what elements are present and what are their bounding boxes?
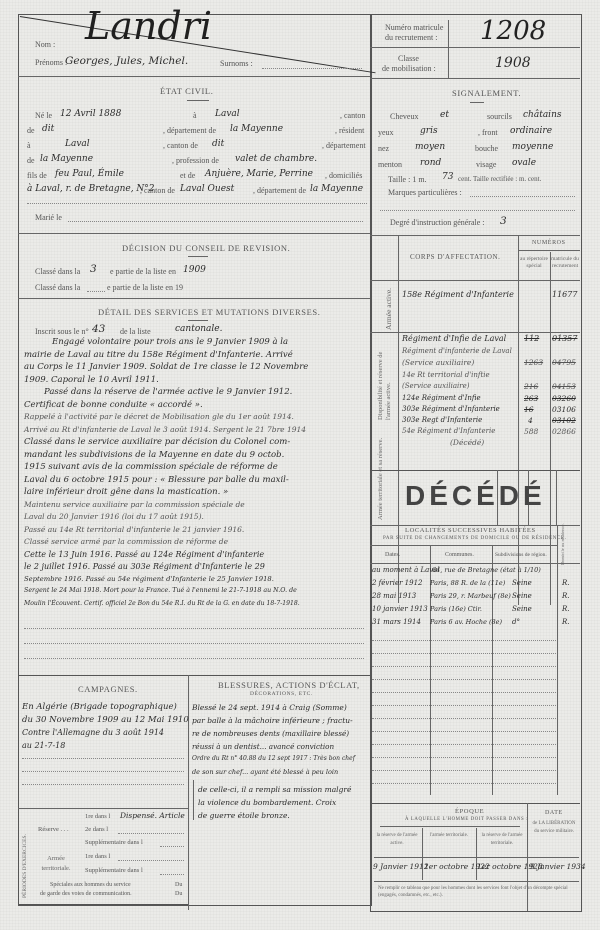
departement-value: la Mayenne	[230, 124, 283, 134]
campagnes-dotted-3	[22, 784, 184, 785]
service-line: Maintenu service auxiliaire par la commi…	[24, 500, 368, 513]
yeux-label: yeux	[378, 128, 394, 137]
localites-empty-10	[372, 757, 556, 758]
services-dotted-1	[24, 628, 364, 629]
blessure-line: réussi à un dentist... avancé conviction	[192, 742, 334, 751]
reserve-supp-dotted	[160, 846, 184, 847]
localite-row: 2 février 1912 Paris, 88 R. de la (11e) …	[372, 579, 578, 592]
localite-subdivision: Seine	[512, 605, 532, 613]
et-de-label: et de	[180, 171, 195, 180]
classe2-text: e partie de la liste en 19	[107, 283, 183, 292]
localite-subdivision: d°	[512, 618, 520, 626]
de-value: dit	[42, 124, 54, 134]
localites-empty-3	[372, 666, 556, 667]
campagnes-blessures-divider	[188, 675, 189, 910]
col-communes-header: Communes.	[445, 552, 474, 558]
signalement-title-rule	[470, 102, 484, 103]
reserve-1re-value: Dispensé. Article	[120, 811, 185, 820]
localite-code: R.	[562, 592, 570, 600]
front-value: ordinaire	[510, 126, 552, 136]
services-dotted-3	[24, 658, 364, 659]
corps-row: 303e Regt d'Infanterie 4 03102	[402, 416, 580, 427]
marques-dotted-2	[380, 210, 575, 211]
blessure-line: de guerre étoile bronze.	[198, 811, 290, 820]
ne-le-label: Né le	[35, 111, 52, 120]
matricule-value: 1208	[480, 16, 546, 46]
numeros-rule	[518, 250, 580, 251]
localite-commune: 64, rue de Bretagne (état à 1/10)	[432, 566, 541, 574]
localite-commune: Paris 6 av. Hoche (8e)	[430, 618, 502, 626]
corps-name: 158e Régiment d'Infanterie	[402, 290, 514, 299]
blessure-line: par balle à la mâchoire inférieure ; fra…	[192, 716, 353, 725]
conseil-bottom	[18, 298, 370, 299]
localite-code: R.	[562, 579, 570, 587]
fils-label: fils de	[27, 171, 47, 180]
localite-date: au moment à Laval	[372, 566, 440, 574]
bouche-value: moyenne	[512, 142, 553, 152]
corps-row: 54e Régiment d'Infanterie 588 02866	[402, 427, 580, 438]
localite-code: R.	[562, 618, 570, 626]
classe1-label: Classé dans la	[35, 267, 80, 276]
localites-empty-2	[372, 653, 556, 654]
campagne-line: du 30 Novembre 1909 au 12 Mai 1910	[22, 715, 189, 725]
corps-matricule: 01357	[552, 334, 577, 343]
corps-row: (Service auxiliaire) 1263 04795	[402, 358, 580, 371]
blessure-line: Blessé le 24 sept. 1914 à Craig (Somme)	[192, 703, 347, 712]
corps-header-bottom	[370, 280, 580, 281]
service-line: 1915 suivant avis de la commission spéci…	[24, 462, 368, 475]
localite-commune: Paris 29, r. Marbeuf (8e)	[430, 592, 511, 600]
corps-registre: 263	[524, 394, 538, 403]
col-domicile-header: Domicile ou résidence.	[560, 523, 565, 565]
blessures-subtitle: DÉCORATIONS, ETC.	[250, 691, 313, 697]
localite-commune: Paris, 88 R. de la (11e)	[430, 579, 505, 587]
canton-label: , canton	[340, 111, 365, 120]
classe1-partie: 3	[90, 263, 97, 275]
corps-row: (Service auxiliaire) 216 04153	[402, 382, 580, 394]
marques-dotted	[470, 196, 575, 197]
epoque-sub-rule	[380, 826, 520, 827]
side-disponibilite: Disponibilité et réserve de l'armée acti…	[377, 340, 393, 420]
service-line: laire inférieur droit gêne dans la masti…	[24, 487, 368, 500]
epoque-values-bottom	[374, 881, 579, 882]
corps-registre: 1263	[524, 358, 543, 367]
corps-row: 303e Régiment d'Infanterie 16 03106	[402, 405, 580, 416]
corps-side-divider	[398, 235, 399, 603]
corps-matricule: 04153	[552, 382, 576, 391]
epoque-col-2	[476, 828, 477, 880]
localite-commune: Paris (16e) Ctir.	[430, 605, 482, 613]
corps-row: 124e Régiment d'Infie 263 03260	[402, 394, 580, 405]
menton-label: menton	[378, 160, 402, 169]
conseil-title-rule	[188, 256, 208, 257]
liste-label: de la liste	[120, 327, 151, 336]
localites-empty-9	[372, 744, 556, 745]
classe1-text: e partie de la liste en	[110, 267, 176, 276]
inscrit-value: 43	[92, 323, 105, 335]
service-line: Moulin l'Écouvent. Certif. officiel 2e B…	[24, 600, 368, 613]
bouche-label: bouche	[475, 144, 498, 153]
epoque-subtitle: À LAQUELLE L'HOMME DOIT PASSER DANS :	[405, 817, 528, 822]
classe-bottom	[370, 78, 580, 79]
localite-code: R.	[562, 605, 570, 613]
taille-label: Taille : 1 m.	[388, 175, 427, 184]
corps-registre: 16	[524, 405, 534, 414]
yeux-value: gris	[420, 126, 438, 136]
corps-name: 124e Régiment d'Infie	[402, 394, 481, 402]
corps-name: Régiment d'Infie de Laval	[402, 334, 506, 343]
blessures-bracket	[193, 780, 194, 820]
date-title: DATE	[545, 810, 563, 816]
numeros-title: NUMÉROS	[532, 240, 566, 246]
reserve-1re-label: 1re dans l	[85, 813, 110, 820]
resident-label: , résident	[335, 126, 364, 135]
cheveux-label: Cheveux	[390, 112, 418, 121]
localites-empty-5	[372, 692, 556, 693]
canton2-label: , canton de	[163, 141, 198, 150]
localite-row: au moment à Laval 64, rue de Bretagne (é…	[372, 566, 578, 579]
classe-label-1: Classe	[398, 54, 419, 63]
service-line: mairie de Laval au titre du 158e Régimen…	[24, 350, 368, 363]
au-label: Du	[175, 891, 182, 897]
col-registre-header: au répertoire spécial	[519, 256, 549, 270]
corps-row: Régiment d'Infie de Laval 112 01357	[402, 334, 580, 347]
liste-value: cantonale.	[175, 324, 222, 334]
sourcils-label: sourcils	[487, 112, 512, 121]
localites-header-bottom	[370, 563, 580, 564]
classe2-label: Classé dans la	[35, 283, 80, 292]
domicilie-label: , domiciliés	[325, 171, 362, 180]
localites-bottom	[370, 803, 580, 804]
service-line: Rappelé à l'activité par le décret de Mo…	[24, 412, 368, 425]
stamp-col-3	[556, 470, 557, 525]
corps-row: 14e Rt territorial d'inftie	[402, 371, 580, 382]
localite-subdivision: Seine	[512, 592, 532, 600]
localites-empty-4	[372, 679, 556, 680]
service-line: Arrivé au Rt d'infanterie de Laval le 3 …	[24, 425, 368, 438]
campagne-line: Contre l'Allemagne du 3 août 1914	[22, 728, 164, 737]
a-label: à	[193, 111, 197, 120]
speciales-label-2: de garde des voies de communication.	[40, 891, 132, 897]
signalement-title: SIGNALEMENT.	[452, 88, 521, 98]
blessure-line: Ordre du Rt n° 40.88 du 12 sept 1917 : T…	[192, 755, 355, 762]
corps-matricule: 04795	[552, 358, 576, 367]
reserve-2e-label: 2e dans l	[85, 826, 108, 833]
epoque-header-bottom	[374, 857, 579, 858]
marie-dotted	[68, 221, 363, 222]
corps-name: Régiment d'infanterie de Laval	[402, 347, 512, 355]
mere-value: Anjuère, Marie, Perrine	[205, 169, 313, 179]
localites-subtitle: PAR SUITE DE CHANGEMENTS DE DOMICILE OU …	[383, 536, 566, 541]
etat-civil-title-rule	[187, 100, 209, 101]
epoque-col2-header: l'armée territoriale.	[424, 832, 474, 840]
de2-label: de	[27, 156, 35, 165]
reserve-supp-label: Supplémentaire dans l	[85, 839, 143, 846]
sourcils-value: châtains	[523, 110, 561, 120]
localite-date: 10 janvier 1913	[372, 605, 428, 613]
corps-registre: 4	[528, 416, 533, 425]
corps-title: CORPS D'AFFECTATION.	[410, 253, 501, 261]
prenoms-value: Georges, Jules, Michel.	[65, 55, 188, 67]
corps-matricule: 03102	[552, 416, 576, 425]
a2-value: Laval	[65, 139, 90, 149]
prenoms-label: Prénoms :	[35, 58, 67, 67]
corps-name: 303e Régiment d'Infanterie	[402, 405, 500, 413]
epoque-col3-header: la réserve de l'armée territoriale.	[478, 832, 526, 848]
matricule-label-2: du recrutement :	[385, 33, 437, 42]
corps-name: 14e Rt territorial d'inftie	[402, 371, 490, 379]
nom-value: Landri	[85, 4, 212, 48]
reserve-label: Réserve . . .	[38, 826, 69, 833]
col-matricule-header: matricule du recrutement	[551, 256, 579, 270]
canton2-value: dit	[212, 139, 224, 149]
epoque-note: Ne remplir ce tableau que pour les homme…	[378, 885, 578, 899]
domicile-value: à Laval, r. de Bretagne, N°2	[27, 184, 155, 194]
blessure-line: re de nombreuses dents (maxillaire bless…	[192, 729, 349, 738]
localite-row: 10 janvier 1913 Paris (16e) Ctir. Seine …	[372, 605, 578, 618]
a2-label: à	[27, 141, 31, 150]
degre-label: Degré d'instruction générale :	[390, 218, 485, 227]
classe-label-2: de mobilisation :	[382, 64, 436, 73]
localites-title: LOCALITÉS SUCCESSIVES HABITÉES	[405, 527, 536, 534]
visage-label: visage	[476, 160, 496, 169]
signalement-bottom	[370, 235, 580, 236]
classe1-year: 1909	[183, 265, 206, 275]
nez-label: nez	[378, 144, 389, 153]
corps-matricule: 03106	[552, 405, 576, 414]
service-line: Cette le 13 Juin 1916. Passé au 124e Rég…	[24, 550, 368, 563]
conseil-title: DÉCISION DU CONSEIL DE REVISION.	[122, 243, 290, 253]
terr-1re-label: 1re dans l	[85, 853, 110, 860]
corps-registre: 216	[524, 382, 538, 391]
cheveux-value: et	[440, 110, 449, 120]
etat-civil-bottom	[18, 233, 370, 234]
localites-rows: au moment à Laval 64, rue de Bretagne (é…	[372, 566, 578, 631]
localite-row: 31 mars 1914 Paris 6 av. Hoche (8e) d° R…	[372, 618, 578, 631]
services-title: DÉTAIL DES SERVICES ET MUTATIONS DIVERSE…	[98, 307, 320, 317]
surnoms-label: Surnoms :	[220, 59, 253, 68]
terr-supp-label: Supplémentaire dans l	[85, 867, 143, 874]
de2-value: la Mayenne	[40, 154, 93, 164]
menton-value: rond	[420, 158, 441, 168]
corps-row: (Décédé)	[402, 438, 580, 449]
services-bottom	[18, 675, 370, 676]
localites-empty-12	[372, 783, 556, 784]
localite-date: 28 mai 1913	[372, 592, 416, 600]
departement-label: , département de	[163, 126, 216, 135]
campagne-line: En Algérie (Brigade topographique)	[22, 702, 177, 712]
localites-empty-8	[372, 731, 556, 732]
side-territoriale: Armée territoriale et sa réserve.	[377, 438, 384, 520]
blessure-line: la violence du bombardement. Croix	[198, 798, 336, 807]
front-label: , front	[478, 128, 498, 137]
corps-name: 303e Regt d'Infanterie	[402, 416, 482, 424]
campagnes-bottom	[18, 808, 188, 809]
campagnes-title: CAMPAGNES.	[78, 684, 138, 694]
departement3-value: la Mayenne	[310, 184, 363, 194]
localites-empty-7	[372, 718, 556, 719]
service-line: mandant les subdivisions de la Mayenne e…	[24, 450, 368, 463]
taille-value: 73	[442, 172, 453, 182]
military-register-page: Nom : Landri Prénoms : Georges, Jules, M…	[0, 0, 600, 930]
visage-value: ovale	[512, 158, 536, 168]
surnoms-dotted	[262, 68, 362, 69]
col-dates-header: Dates.	[385, 552, 400, 558]
canton3-value: Laval Ouest	[180, 184, 234, 194]
corps-bottom	[370, 470, 580, 471]
blessure-line: de son sur chef... ayant été blessé à pe…	[192, 768, 338, 776]
terr-supp-dotted	[160, 874, 184, 875]
localite-date: 31 mars 1914	[372, 618, 421, 626]
service-line: Passé au 14e Rt territorial d'infanterie…	[24, 525, 368, 538]
classe2-dotted	[87, 291, 105, 292]
etat-civil-title: ÉTAT CIVIL.	[160, 86, 213, 96]
corps-row: Régiment d'infanterie de Laval	[402, 347, 580, 358]
corps-matricule: 03260	[552, 394, 576, 403]
service-line: 1909. Caporal le 10 Avril 1911.	[24, 375, 368, 388]
localite-date: 2 février 1912	[372, 579, 422, 587]
matricule-label-1: Numéro matricule	[385, 23, 443, 32]
matricule-divider	[448, 20, 449, 78]
side-armee-active: Armée active.	[384, 288, 393, 330]
corps-registre: 588	[524, 427, 538, 436]
departement2-label: , département	[322, 141, 366, 150]
pere-value: feu Paul, Émile	[55, 169, 124, 179]
corps-row: 158e Régiment d'Infanterie 11677	[402, 290, 580, 334]
canton3-label: , canton de	[140, 186, 175, 195]
de-label: de	[27, 126, 35, 135]
service-line: Laval du 20 Janvier 1916 (loi du 17 août…	[24, 512, 368, 525]
services-title-rule	[188, 320, 208, 321]
localites-subtitle-rule	[370, 545, 557, 546]
campagne-line: au 21-7-18	[22, 741, 65, 750]
marques-label: Marques particulières :	[388, 188, 462, 197]
localites-empty-6	[372, 705, 556, 706]
service-line: Laval du 6 octobre 1915 pour : « Blessur…	[24, 475, 368, 488]
service-line: Classé service armé par la commission de…	[24, 537, 368, 550]
epoque-col-1	[422, 828, 423, 880]
service-line: Classé dans le service auxiliaire par dé…	[24, 437, 368, 450]
inscrit-label: Inscrit sous le n°	[35, 327, 89, 336]
blessure-line: de celle-ci, il a rempli sa mission malg…	[198, 785, 351, 794]
date-subtitle: de LA LIBÉRATION du service militaire.	[530, 820, 578, 836]
profession-label: , profession de	[172, 156, 219, 165]
classe-value: 1908	[495, 55, 531, 71]
decede-stamp: DÉCÉDÉ	[405, 480, 546, 512]
corps-name: (Service auxiliaire)	[402, 382, 469, 390]
corps-name: (Service auxiliaire)	[402, 358, 474, 367]
terr-1re-dotted	[118, 860, 184, 861]
localites-empty-1	[372, 640, 556, 641]
epoque-col1-header: la réserve de l'armée active.	[374, 832, 420, 848]
corps-rows: 158e Régiment d'Infanterie 11677 Régimen…	[402, 290, 580, 449]
epoque-val-1: 9 Janvier 1912	[373, 862, 429, 871]
service-line: le 2 juillet 1916. Passé au 303e Régimen…	[24, 562, 368, 575]
stamp-bottom	[370, 525, 580, 526]
campagnes-dotted-1	[22, 758, 184, 759]
corps-name: (Décédé)	[450, 438, 484, 447]
campagnes-dotted-2	[22, 771, 184, 772]
periodes-side-label: PÉRIODES D'EXERCICES.	[22, 834, 28, 898]
marie-label: Marié le	[35, 213, 62, 222]
service-line: Engagé volontaire pour trois ans le 9 Ja…	[52, 337, 396, 350]
service-line: au Corps le 11 Janvier 1909. Soldat de 1…	[24, 362, 368, 375]
nom-label: Nom :	[35, 40, 55, 49]
ne-le-value: 12 Avril 1888	[60, 109, 121, 119]
du-label: Du	[175, 882, 182, 888]
taille-suffix: cent. Taille rectifiée : m. cent.	[458, 175, 541, 183]
epoque-title: ÉPOQUE	[455, 808, 484, 815]
localites-empty-11	[372, 770, 556, 771]
services-dotted-2	[24, 643, 364, 644]
corps-registre: 112	[524, 334, 539, 343]
a-value: Laval	[215, 109, 240, 119]
blessures-title: BLESSURES, ACTIONS D'ÉCLAT,	[218, 680, 360, 690]
services-lines: Engagé volontaire pour trois ans le 9 Ja…	[24, 337, 368, 612]
service-line: Sergent le 24 Mai 1918. Mort pour la Fra…	[24, 587, 368, 600]
etat-civil-dotted	[27, 203, 367, 204]
localite-subdivision: Seine	[512, 579, 532, 587]
corps-matricule: 02866	[552, 427, 576, 436]
service-line: Certificat de bonne conduite « accordé »…	[24, 400, 368, 413]
col-subdivisions-header: Subdivisions de région.	[495, 552, 547, 558]
profession-value: valet de chambre.	[235, 154, 317, 164]
service-line: Passé dans la réserve de l'armée active …	[44, 387, 388, 400]
degre-value: 3	[500, 215, 507, 227]
corps-name: 54e Régiment d'Infanterie	[402, 427, 495, 435]
departement3-label: , département de	[253, 186, 306, 195]
corps-matricule: 11677	[552, 290, 577, 299]
header-divider	[18, 76, 370, 77]
speciales-label-1: Spéciales aux hommes du service	[50, 882, 131, 888]
service-line: Septembre 1916. Passé au 54e régiment d'…	[24, 575, 368, 588]
reserve-2e-dotted	[118, 833, 184, 834]
localite-row: 28 mai 1913 Paris 29, r. Marbeuf (8e) Se…	[372, 592, 578, 605]
periodes-bottom	[18, 904, 188, 905]
territoriale-label: Armée territoriale.	[35, 854, 77, 874]
matricule-bottom	[370, 47, 580, 48]
epoque-val-4: 9 Janvier 1934	[530, 862, 586, 871]
nez-value: moyen	[415, 142, 445, 152]
